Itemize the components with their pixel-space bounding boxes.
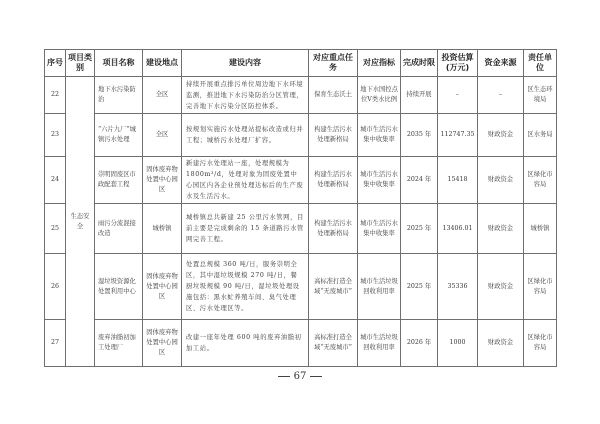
cell-responsible: 区生态环境局	[524, 77, 557, 114]
cell-investment: –	[438, 77, 478, 114]
cell-responsible: 区水务局	[524, 114, 557, 157]
cell-task: 构建生活污水处理新格局	[309, 114, 358, 157]
cell-name: 崇明固废区市政配套工程	[95, 157, 143, 204]
cell-investment: 1000	[438, 320, 478, 367]
cell-content: 按规划实施污水处理站提标改造或归并工程；城桥污水处理厂扩容。	[182, 114, 309, 157]
header-deadline: 完成时限	[401, 50, 438, 77]
document-page: 序号 项目类别 项目名称 建设地点 建设内容 对应重点任务 对应指标 完成时限 …	[0, 0, 600, 424]
table-row: 26 湿垃圾资源化处置利用中心 固体废弃物处置中心园区 处置总规模 360 吨/…	[45, 254, 557, 320]
header-name: 项目名称	[95, 50, 143, 77]
cell-responsible: 区绿化市容局	[524, 254, 557, 320]
cell-name: “六片九厂”城镇污水处理	[95, 114, 143, 157]
cell-content: 改建一座年处理 600 吨的废弃油脂初加工站。	[182, 320, 309, 367]
cell-indicator: 城市生活垃圾回收利用率	[358, 254, 401, 320]
cell-location: 固体废弃物处置中心园区	[143, 320, 182, 367]
cell-deadline: 2026 年	[401, 320, 438, 367]
cell-content: 处置总规模 360 吨/日，服务崇明全区，其中湿垃圾规模 270 吨/日，餐厨垃…	[182, 254, 309, 320]
cell-name: 雨污分流混接改造	[95, 204, 143, 254]
cell-investment: 112747.35	[438, 114, 478, 157]
cell-funding: 财政资金	[478, 254, 524, 320]
header-task: 对应重点任务	[309, 50, 358, 77]
cell-investment: 15418	[438, 157, 478, 204]
cell-location: 城桥镇	[143, 204, 182, 254]
cell-seq: 23	[45, 114, 66, 157]
cell-responsible: 城桥镇	[524, 204, 557, 254]
cell-responsible: 区绿化市容局	[524, 320, 557, 367]
cell-indicator: 城市生活污水集中收集率	[358, 157, 401, 204]
cell-indicator: 地下水国控点位V类水比例	[358, 77, 401, 114]
cell-location: 全区	[143, 77, 182, 114]
cell-name: 废弃油脂初加工处理厂	[95, 320, 143, 367]
header-seq: 序号	[45, 50, 66, 77]
cell-task: 高标准打造全域“无废城市”	[309, 320, 358, 367]
cell-content: 新建污水处理站一座，处理规模为1800m³/d，处理对象为固废处置中心园区内各企…	[182, 157, 309, 204]
cell-task: 构建生活污水处理新格局	[309, 204, 358, 254]
cell-seq: 22	[45, 77, 66, 114]
cell-name: 地下水污染防治	[95, 77, 143, 114]
cell-location: 固体废弃物处置中心园区	[143, 157, 182, 204]
cell-deadline: 2025 年	[401, 204, 438, 254]
cell-name: 湿垃圾资源化处置利用中心	[95, 254, 143, 320]
cell-funding: –	[478, 77, 524, 114]
cell-seq: 27	[45, 320, 66, 367]
cell-indicator: 城市生活垃圾回收利用率	[358, 320, 401, 367]
cell-investment: 13406.01	[438, 204, 478, 254]
cell-content: 持续开展重点排污单位周边地下水环境监测，推进地下水污染防治分区管理，完善地下水污…	[182, 77, 309, 114]
header-funding: 资金来源	[478, 50, 524, 77]
table-row: 25 雨污分流混接改造 城桥镇 城桥镇总共新建 25 公里污水管网，目前主要是完…	[45, 204, 557, 254]
cell-deadline: 2035 年	[401, 114, 438, 157]
cell-task: 保育生态沃土	[309, 77, 358, 114]
cell-funding: 财政资金	[478, 114, 524, 157]
page-number: 67	[0, 371, 600, 382]
cell-funding: 财政资金	[478, 320, 524, 367]
cell-indicator: 城市生活污水集中收集率	[358, 114, 401, 157]
cell-deadline: 2024 年	[401, 157, 438, 204]
cell-deadline: 持续开展	[401, 77, 438, 114]
header-responsible: 责任单位	[524, 50, 557, 77]
cell-funding: 财政资金	[478, 204, 524, 254]
header-content: 建设内容	[182, 50, 309, 77]
cell-deadline: 2025 年	[401, 254, 438, 320]
cell-funding: 财政资金	[478, 157, 524, 204]
table-header-row: 序号 项目类别 项目名称 建设地点 建设内容 对应重点任务 对应指标 完成时限 …	[45, 50, 557, 77]
cell-investment: 35336	[438, 254, 478, 320]
dash-left	[278, 376, 290, 377]
cell-content: 城桥镇总共新建 25 公里污水管网，目前主要是完成剩余的 15 条道路污水管网完…	[182, 204, 309, 254]
cell-task: 构建生活污水处理新格局	[309, 157, 358, 204]
table-row: 27 废弃油脂初加工处理厂 固体废弃物处置中心园区 改建一座年处理 600 吨的…	[45, 320, 557, 367]
table-row: 22 生态安全 地下水污染防治 全区 持续开展重点排污单位周边地下水环境监测，推…	[45, 77, 557, 114]
header-investment: 投资估算(万元)	[438, 50, 478, 77]
cell-responsible: 区绿化市容局	[524, 157, 557, 204]
dash-right	[310, 376, 322, 377]
table-row: 24 崇明固废区市政配套工程 固体废弃物处置中心园区 新建污水处理站一座，处理规…	[45, 157, 557, 204]
cell-task: 高标准打造全域“无废城市”	[309, 254, 358, 320]
project-table: 序号 项目类别 项目名称 建设地点 建设内容 对应重点任务 对应指标 完成时限 …	[44, 49, 557, 367]
cell-seq: 26	[45, 254, 66, 320]
cell-seq: 24	[45, 157, 66, 204]
cell-indicator: 城市生活污水集中收集率	[358, 204, 401, 254]
cell-category: 生态安全	[66, 77, 95, 367]
page-number-text: 67	[294, 371, 307, 382]
cell-location: 固体废弃物处置中心园区	[143, 254, 182, 320]
header-category: 项目类别	[66, 50, 95, 77]
cell-seq: 25	[45, 204, 66, 254]
table-row: 23 “六片九厂”城镇污水处理 全区 按规划实施污水处理站提标改造或归并工程；城…	[45, 114, 557, 157]
header-indicator: 对应指标	[358, 50, 401, 77]
header-location: 建设地点	[143, 50, 182, 77]
cell-location: 全区	[143, 114, 182, 157]
